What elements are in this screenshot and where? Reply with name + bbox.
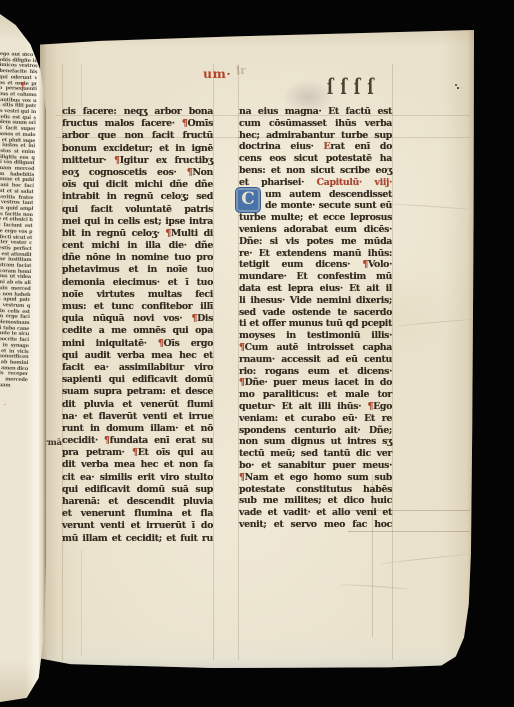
text-line: cecidit· ¶fundata enī erat su <box>62 435 213 447</box>
body-text: na eius magna· Et factū est <box>239 106 392 117</box>
body-text: doctrina eius· <box>239 141 324 152</box>
body-text: dñe nōne in nomine tuo pro <box>62 252 213 263</box>
text-column-right: C na eius magna· Et factū estcum cōsūmas… <box>239 106 392 531</box>
text-line: tectū meū; sed tantū dic ver <box>239 448 392 460</box>
ruling-line-vertical <box>392 64 393 660</box>
body-text: harenā: et descendit pluvia <box>62 496 213 507</box>
body-text: Dñe· puer meus iacet in do <box>245 377 392 388</box>
body-text: oīs qui dicit michi dñe dñe <box>62 179 213 190</box>
text-line: oīs qui dicit michi dñe dñe <box>62 179 213 191</box>
text-line: cens eos sicut potestatē ha <box>239 153 392 165</box>
body-text: eoʒ cognoscetis eos· <box>62 167 187 178</box>
text-line: harenā: et descendit pluvia <box>62 496 213 508</box>
text-line: cum cōsūmasset ihūs verba <box>239 118 392 130</box>
body-text: Volo· <box>368 259 392 270</box>
body-text: Ego <box>373 401 392 412</box>
crease-line <box>396 319 474 328</box>
body-text: Et oīs qui au <box>138 447 213 458</box>
body-text: mo paraliticus: et male tor <box>239 389 392 400</box>
rubric-text: Capitulū· viij· <box>317 177 392 188</box>
body-text: fundata enī erat su <box>110 435 213 446</box>
text-line: re· Et extendens manū ihūs: <box>239 248 392 260</box>
text-line: et pharisei· Capitulū· viij· <box>239 177 392 189</box>
body-text: dit verba mea hec et non fa <box>62 459 213 470</box>
body-text: re· Et extendens manū ihūs: <box>239 248 392 259</box>
text-line: venit; et servo meo fac hoc <box>239 519 392 531</box>
body-text: verunt venti et irruerūt ī do <box>62 520 213 531</box>
text-line: potestate constitutus habēs <box>239 484 392 496</box>
text-line: mittetur· ¶Igitur ex fructibʒ <box>62 155 213 167</box>
body-text: cum cōsūmasset ihūs verba <box>239 118 392 129</box>
crease-line <box>340 584 410 591</box>
text-line: arbor que non facit fructū <box>62 130 213 142</box>
body-text: na· et flaverūt venti et irrue <box>62 411 213 422</box>
body-text: facit ea· assimilabitur viro <box>62 362 213 373</box>
body-text: Multi di <box>171 228 213 239</box>
text-line: bo· et sanabitur puer meus· <box>239 460 392 472</box>
text-line: hec; admirabantur turbe sup <box>239 130 392 142</box>
body-text: vade et vadit· et alio veni et <box>239 507 392 518</box>
body-text: arbor que non facit fructū <box>62 130 213 141</box>
body-text: turbe multe; et ecce leprosus <box>239 212 392 223</box>
text-line: mini iniquitatē· ¶Oīs ergo <box>62 338 213 350</box>
text-line: ¶Nam et ego homo sum sub <box>239 472 392 484</box>
text-line: um autem descendisset <box>239 189 392 201</box>
body-text: et venerunt flumina et fla <box>62 508 213 519</box>
body-text: dit pluvia et venerūt flumi <box>62 399 213 410</box>
body-text: venit; et servo meo fac hoc <box>239 519 392 530</box>
body-text: Omīs <box>187 118 213 129</box>
body-text: quetur· Et ait illi ihūs· <box>239 401 367 412</box>
text-line: li ihesus· Vide nemini dixeris; <box>239 295 392 307</box>
text-line: pra petram· ¶Et oīs qui au <box>62 447 213 459</box>
text-line: tetigit eum dicens· ¶Volo· <box>239 259 392 271</box>
text-line: de monte· secute sunt eū <box>239 200 392 212</box>
text-line: qui edificavit domū suā sup <box>62 484 213 496</box>
crease-line <box>380 553 474 565</box>
text-line: quetur· Et ait illi ihūs· ¶Ego <box>239 401 392 413</box>
text-line: runt in domum illam· et nō <box>62 423 213 435</box>
text-line: ti et offer munus tuū qd pcepit <box>239 318 392 330</box>
body-text: Cum autē introisset capha <box>245 342 392 353</box>
text-line: dit pluvia et venerūt flumi <box>62 399 213 411</box>
facing-page-rubric-mark: ¶ <box>20 80 25 90</box>
facing-page-rubric-mark: · <box>8 242 10 248</box>
text-line: bonum excidetur; et in ignē <box>62 143 213 155</box>
ruling-line-vertical <box>81 550 82 656</box>
text-line: qui audit verba mea hec et <box>62 350 213 362</box>
body-text: mini iniquitatē· <box>62 338 158 349</box>
text-line: veniens adorabat eum dicēs· <box>239 224 392 236</box>
body-text: mus: et tunc confitebor illī <box>62 301 213 312</box>
body-text: spondens centurio ait· Dñe; <box>239 425 392 436</box>
text-line: cedite a me omnēs qui opa <box>62 325 213 337</box>
text-line: bens: et non sicut scribe eoʒ <box>239 165 392 177</box>
ascender-flourish: ſſſſ <box>327 74 381 100</box>
body-text: cit ea· similis erit viro stulto <box>62 472 213 483</box>
text-line: sed vade ostende te sacerdo <box>239 307 392 319</box>
body-text: mundare· Et confestim mū <box>239 271 392 282</box>
body-text: data est lepra eius· Et ait il <box>239 283 392 294</box>
text-line: mo paraliticus: et male tor <box>239 389 392 401</box>
body-text: cens eos sicut potestatē ha <box>239 153 392 164</box>
text-line: eoʒ cognoscetis eos· ¶Non <box>62 167 213 179</box>
body-text: veniens adorabat eum dicēs· <box>239 224 392 235</box>
text-line: spondens centurio ait· Dñe; <box>239 425 392 437</box>
facing-page-edge: ego aūt dico vobis diligite inimicos ves… <box>0 14 46 702</box>
text-line: demonia eiecimus· et ī tuo <box>62 277 213 289</box>
body-text: hec; admirabantur turbe sup <box>239 130 392 141</box>
body-text: Nam et ego homo sum sub <box>245 472 392 483</box>
body-text: qui facit voluntatē patris <box>62 204 213 215</box>
body-text: runt in domum illam· et nō <box>62 423 213 434</box>
text-line: fructus malos facere· ¶Omīs <box>62 118 213 130</box>
text-line: veniam: et curabo eū· Et re <box>239 413 392 425</box>
text-line: cent michi in illa die· dñe <box>62 240 213 252</box>
text-line: mus: et tunc confitebor illī <box>62 301 213 313</box>
manuscript-photo: um· lr ſſſſ cis facere: neqʒ arbor bonaf… <box>0 0 514 707</box>
body-text: sapienti qui edificavit domū <box>62 374 213 385</box>
body-text: bo· et sanabitur puer meus· <box>239 460 392 471</box>
body-text: Igitur ex fructibʒ <box>120 155 213 166</box>
text-line: bit in regnū celoʒ· ¶Multi di <box>62 228 213 240</box>
body-text: intrabit in regnū celoʒ; sed <box>62 191 213 202</box>
facing-page-text: ego aūt dico vobis diligite inimicos ves… <box>0 52 38 659</box>
ruling-line-vertical <box>81 64 82 108</box>
text-line: cis facere: neqʒ arbor bona <box>62 106 213 118</box>
text-line: qui facit voluntatē patris <box>62 204 213 216</box>
ink-speck <box>455 84 459 89</box>
body-text: rio: rogans eum et dicens· <box>239 366 392 377</box>
body-text: bit in regnū celoʒ· <box>62 228 165 239</box>
ruling-line-vertical <box>213 64 214 660</box>
body-text: rnaum· accessit ad eū centu <box>239 354 392 365</box>
body-text: demonia eiecimus· et ī tuo <box>62 277 213 288</box>
body-text: non sum dignus ut intres sʒ <box>239 436 392 447</box>
text-line: et venerunt flumina et fla <box>62 508 213 520</box>
text-line: turbe multe; et ecce leprosus <box>239 212 392 224</box>
body-text: bonum excidetur; et in ignē <box>62 143 213 154</box>
text-line: suam supra petram: et desce <box>62 386 213 398</box>
crease-line <box>390 203 474 211</box>
body-text: veniam: et curabo eū· Et re <box>239 413 392 424</box>
text-line: dñe nōne in nomine tuo pro <box>62 252 213 264</box>
body-text: Dñe: si vis potes me mūda <box>239 236 392 247</box>
body-text: potestate constitutus habēs <box>239 484 392 495</box>
text-line: rnaum· accessit ad eū centu <box>239 354 392 366</box>
body-text: fructus malos facere· <box>62 118 182 129</box>
body-text: qui audit verba mea hec et <box>62 350 213 361</box>
text-line: ¶Cum autē introisset capha <box>239 342 392 354</box>
body-text: rat enī do <box>330 141 392 152</box>
body-text: mittetur· <box>62 155 114 166</box>
text-line: verunt venti et irruerūt ī do <box>62 520 213 532</box>
body-text: phetavimus et in noīe tuo <box>62 264 213 275</box>
text-line: ¶Dñe· puer meus iacet in do <box>239 377 392 389</box>
text-line: mū illam et cecidit; et fuit ru <box>62 533 213 545</box>
text-line: quia nūquā novi vos· ¶Dis <box>62 313 213 325</box>
body-text: pra petram· <box>62 447 132 458</box>
manuscript-page: um· lr ſſſſ cis facere: neqʒ arbor bonaf… <box>40 30 474 668</box>
text-line: data est lepra eius· Et ait il <box>239 283 392 295</box>
text-line: noīe virtutes multas feci <box>62 289 213 301</box>
facing-page-rubric-mark: · <box>4 402 6 408</box>
text-line: cit ea· similis erit viro stulto <box>62 472 213 484</box>
text-line: mei qui in celis est; ipse intra <box>62 216 213 228</box>
show-through-ghost-text: lr <box>236 64 247 78</box>
body-text: Oīs ergo <box>164 338 213 349</box>
body-text: qui edificavit domū suā sup <box>62 484 213 495</box>
ruling-line-horizontal <box>348 531 470 532</box>
text-line: facit ea· assimilabitur viro <box>62 362 213 374</box>
text-line: vade et vadit· et alio veni et <box>239 507 392 519</box>
text-line: non sum dignus ut intres sʒ <box>239 436 392 448</box>
text-line: sub me milites; et dico huic <box>239 495 392 507</box>
text-line: sapienti qui edificavit domū <box>62 374 213 386</box>
text-line: rio: rogans eum et dicens· <box>239 366 392 378</box>
body-text: um autem descendisset <box>265 189 392 200</box>
body-text: mū illam et cecidit; et fuit ru <box>62 533 213 544</box>
body-text: bens: et non sicut scribe eoʒ <box>239 165 392 176</box>
body-text: li ihesus· Vide nemini dixeris; <box>239 295 392 306</box>
text-line: doctrina eius· Erat enī do <box>239 141 392 153</box>
body-text: cis facere: neqʒ arbor bona <box>62 106 213 117</box>
running-title: um· <box>203 66 231 81</box>
illuminated-initial: C <box>235 187 261 213</box>
body-text: Non <box>192 167 213 178</box>
text-line: dit verba mea hec et non fa <box>62 459 213 471</box>
body-text: Dis <box>197 313 213 324</box>
body-text: sed vade ostende te sacerdo <box>239 307 392 318</box>
text-line: moyses in testimoniū illis· <box>239 330 392 342</box>
body-text: de monte· secute sunt eū <box>265 200 392 211</box>
body-text: noīe virtutes multas feci <box>62 289 213 300</box>
body-text: cecidit· <box>62 435 104 446</box>
text-line: Dñe: si vis potes me mūda <box>239 236 392 248</box>
body-text: cent michi in illa die· dñe <box>62 240 213 251</box>
text-line: phetavimus et in noīe tuo <box>62 264 213 276</box>
body-text: moyses in testimoniū illis· <box>239 330 392 341</box>
body-text: suam supra petram: et desce <box>62 386 213 397</box>
body-text: mei qui in celis est; ipse intra <box>62 216 213 227</box>
text-line: intrabit in regnū celoʒ; sed <box>62 191 213 203</box>
text-line: na eius magna· Et factū est <box>239 106 392 118</box>
body-text: tectū meū; sed tantū dic ver <box>239 448 392 459</box>
body-text: tetigit eum dicens· <box>239 259 362 270</box>
body-text: sub me milites; et dico huic <box>239 495 392 506</box>
text-line: mundare· Et confestim mū <box>239 271 392 283</box>
body-text: ti et offer munus tuū qd pcepit <box>239 318 392 329</box>
body-text: cedite a me omnēs qui opa <box>62 325 213 336</box>
text-column-left: cis facere: neqʒ arbor bonafructus malos… <box>62 106 213 545</box>
body-text: quia nūquā novi vos· <box>62 313 191 324</box>
text-line: na· et flaverūt venti et irrue <box>62 411 213 423</box>
